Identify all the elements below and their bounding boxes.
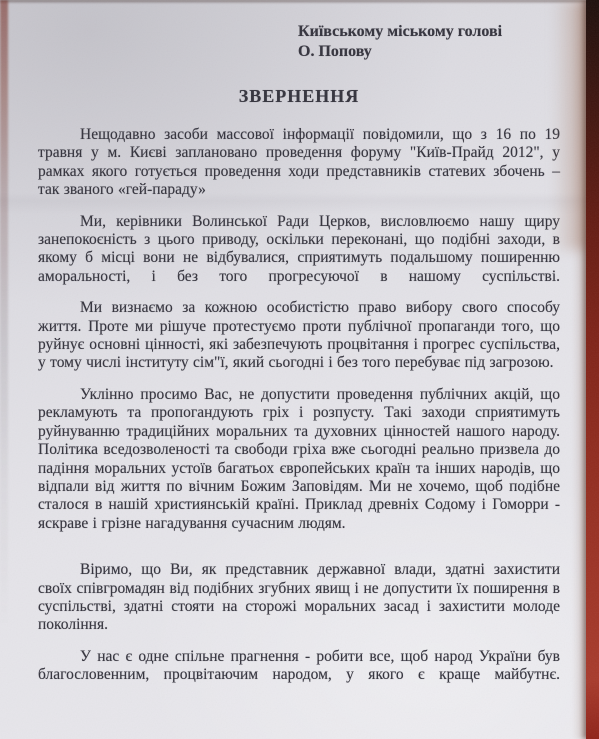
recipient-block: Київському міському голові О. Попову xyxy=(298,22,560,62)
recipient-line-2: О. Попову xyxy=(298,42,560,62)
recipient-line-1: Київському міському голові xyxy=(298,22,560,42)
paragraph-5: Віримо, що Ви, як представник державної … xyxy=(38,561,560,635)
document-title: ЗВЕРНЕННЯ xyxy=(38,86,560,106)
left-edge-red-sliver xyxy=(0,0,8,739)
top-edge-shadow xyxy=(0,0,599,4)
red-backing-edge xyxy=(586,0,599,739)
paragraph-4: Уклінно просимо Вас, не допустити провед… xyxy=(38,386,560,533)
paper-sheet: Київському міському голові О. Попову ЗВЕ… xyxy=(38,0,560,685)
paragraph-2: Ми, керівники Волинської Ради Церков, ви… xyxy=(38,213,560,287)
paragraph-1: Нещодавно засоби массової інформації пов… xyxy=(38,126,560,200)
paragraphs: Нещодавно засоби массової інформації пов… xyxy=(38,126,560,685)
paragraph-6: У нас є одне спільне прагнення - робити … xyxy=(38,648,560,685)
paragraph-3: Ми визнаємо за кожною особистістю право … xyxy=(38,299,560,373)
document-photo: Київському міському голові О. Попову ЗВЕ… xyxy=(0,0,599,739)
